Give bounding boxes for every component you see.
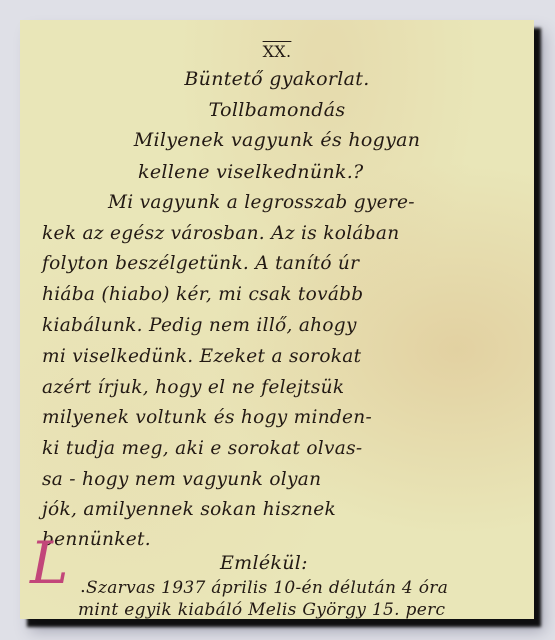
heading-subtitle: Tollbamondás — [20, 99, 534, 121]
handwritten-page: XX. Büntető gyakorlat. Tollbamondás Mily… — [20, 20, 534, 619]
body-line: mi viselkedünk. Ezeket a sorokat — [42, 346, 361, 367]
heading-question-2: kellene viselkednünk.? — [138, 161, 364, 183]
body-line: Mi vagyunk a legrosszab gyere- — [108, 192, 415, 213]
heading-question-1: Milyenek vagyunk és hogyan — [20, 129, 534, 151]
body-line: azért írjuk, hogy el ne felejtsük — [42, 377, 344, 398]
body-line: kek az egész városban. Az is kolában — [42, 223, 399, 244]
grade-mark: L — [30, 534, 69, 592]
body-line: kiabálunk. Pedig nem illő, ahogy — [42, 315, 357, 336]
signature-line: mint egyik kiabáló Melis György 15. perc — [78, 600, 445, 620]
heading-title: Büntető gyakorlat. — [20, 68, 534, 90]
body-line: ki tudja meg, aki e sorokat olvas- — [42, 438, 362, 459]
grade-dot: . — [80, 576, 86, 597]
body-line: folyton beszélgetünk. A tanító úr — [42, 253, 359, 274]
signature-line: Szarvas 1937 április 10-én délután 4 óra — [86, 578, 448, 598]
body-line: milyenek voltunk és hogy minden- — [42, 407, 372, 428]
body-line: jók, amilyennek sokan hisznek — [42, 499, 336, 520]
body-line: sa - hogy nem vagyunk olyan — [42, 469, 321, 490]
body-line: hiába (hiabo) kér, mi csak tovább — [42, 284, 363, 305]
page-number: XX. — [20, 42, 534, 61]
closing-text: Emlékül: — [220, 552, 308, 574]
